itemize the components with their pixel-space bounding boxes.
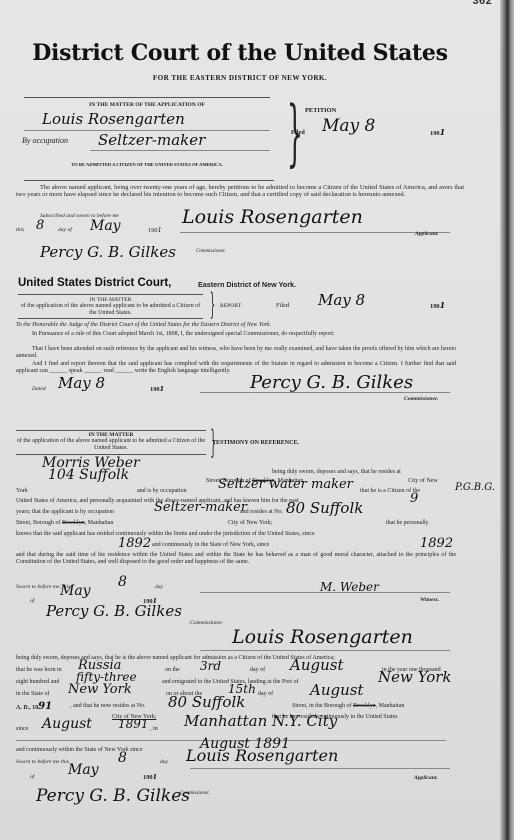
report-filed-date: May 8 [318,291,365,309]
report-para-1: In Pursuance of a rule of this Court ado… [16,331,456,338]
witness-occupation: Seltzer water maker [218,477,353,492]
current-address: 80 Suffolk [168,693,245,711]
report-address: To the Honorable the Judge of the Distri… [16,322,456,329]
applicant-occupation: Seltzer-maker [154,500,247,515]
landing-state: New York [68,682,132,697]
affidavit-sworn-day: 8 [118,750,127,766]
testimony-sworn-month: May [60,583,91,599]
document-title: District Court of the United States [30,40,450,66]
binding-edge [500,0,514,840]
us-since-month: August [42,716,92,732]
report-court-heading: United States District Court, [18,277,171,289]
born-month: August [290,656,343,674]
witness-signature: M. Weber [320,580,379,594]
report-dated-value: May 8 [58,374,105,392]
petition-commissioner-signature: Percy G. B. Gilkes [40,243,176,261]
petition-filed-date: May 8 [322,116,375,136]
petition-filed-year: 1901 [430,129,445,137]
us-since-year-affidavit: 1891 [118,717,149,731]
landing-month: August [310,681,363,699]
applicant-address: 80 Suffolk [286,499,363,517]
affidavit-sworn-month: May [68,762,99,778]
margin-initials: P.G.B.G. [455,482,495,493]
document-subtitle: FOR THE EASTERN DISTRICT OF NEW YORK. [30,74,450,82]
report-para-2: That I have been attended on such refere… [16,346,456,360]
ny-since-year: 1892 [420,536,453,551]
testimony-sworn-day: 8 [118,574,127,590]
affidavit-applicant-signature: Louis Rosengarten [232,626,413,648]
petition-body: The above named applicant, being over tw… [16,184,464,199]
petition-applicant-name: Louis Rosengarten [42,110,185,128]
petition-applicant-signature: Louis Rosengarten [182,206,363,228]
petition-filed-label: Filed [291,129,305,136]
petition-day: 8 [36,218,44,233]
petition-month: May [90,218,121,234]
affidavit-applicant-signature-2: Louis Rosengarten [186,746,338,765]
years-known: 9 [410,491,418,506]
born-day: 3rd [200,659,221,673]
testimony-commissioner-signature: Percy G. B. Gilkes [46,602,182,620]
petition-matter-heading: IN THE MATTER OF THE APPLICATION OF [24,102,270,108]
landing-port: New York [378,668,452,686]
affidavit-commissioner-signature: Percy G. B. Gilkes [36,786,190,806]
naturalization-document: 362 District Court of the United States … [0,0,514,840]
testimony-matter-text: of the application of the above named ap… [16,438,206,452]
testimony-title: TESTIMONY ON REFERENCE. [212,440,299,446]
petition-title: PETITION [305,107,336,114]
landing-year: 91 [38,701,52,712]
report-title: REPORT. [220,303,242,309]
report-matter-text: of the application of the above named ap… [18,303,203,317]
page-number: 362 [472,0,492,8]
witness-address: 104 Suffolk [48,467,129,483]
admit-line: TO BE ADMITTED A CITIZEN OF THE UNITED S… [24,162,270,167]
petition-occupation-value: Seltzer-maker [98,131,205,149]
occupation-label: By occupation [22,137,68,144]
us-since-year: 1892 [118,536,151,551]
report-commissioner-signature: Percy G. B. Gilkes [250,372,413,393]
us-residence-place: Manhattan N.Y. City [184,712,337,730]
